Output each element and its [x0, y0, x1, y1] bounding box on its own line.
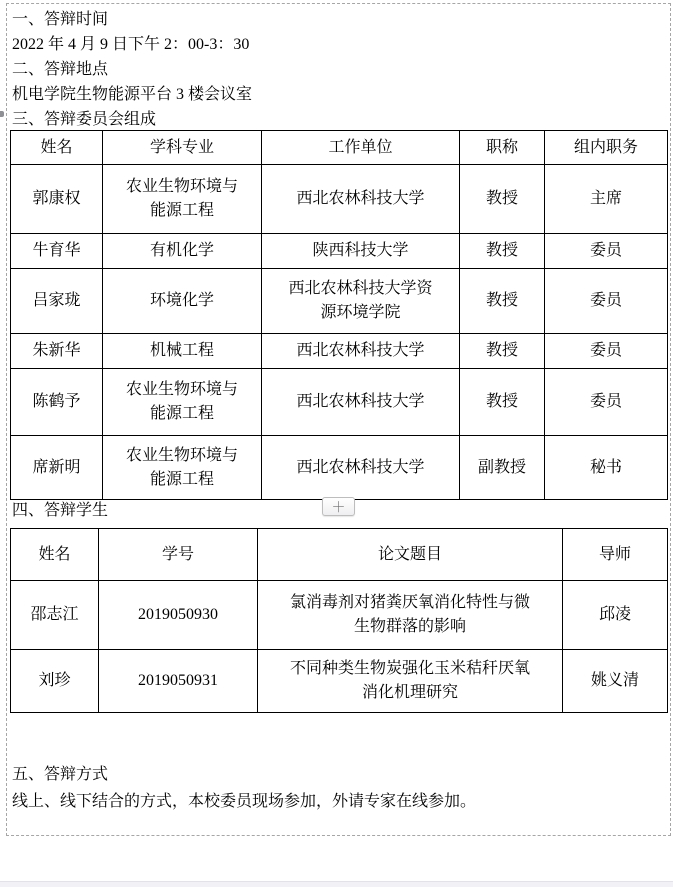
page-gap-bar [0, 881, 673, 887]
students-header-row: 姓名 学号 论文题目 导师 [11, 529, 668, 581]
left-margin-marker [0, 111, 4, 117]
cell-role: 委员 [545, 269, 668, 334]
cell-name: 席新明 [11, 436, 103, 500]
students-table: 姓名 学号 论文题目 导师 邵志江 2019050930 氯消毒剂对猪粪厌氧消化… [10, 528, 668, 713]
cell-title: 教授 [460, 165, 545, 234]
table-row: 吕家珑 环境化学 西北农林科技大学资 源环境学院 教授 委员 [11, 269, 668, 334]
cell-major: 有机化学 [103, 234, 262, 269]
cell-role: 委员 [545, 234, 668, 269]
cell-workunit: 西北农林科技大学 [262, 369, 460, 436]
committee-header-title: 职称 [460, 131, 545, 165]
cell-workunit: 陕西科技大学 [262, 234, 460, 269]
committee-header-name: 姓名 [11, 131, 103, 165]
cell-advisor: 邱凌 [563, 581, 668, 650]
cell-title: 副教授 [460, 436, 545, 500]
cell-student-id: 2019050930 [99, 581, 258, 650]
heading-students: 四、答辩学生 [12, 499, 108, 523]
cell-workunit: 西北农林科技大学 [262, 165, 460, 234]
cell-major: 环境化学 [103, 269, 262, 334]
table-row: 刘珍 2019050931 不同种类生物炭强化玉米秸秆厌氧 消化机理研究 姚义清 [11, 650, 668, 713]
insert-row-button[interactable]: ＋ [322, 497, 355, 516]
table-row: 邵志江 2019050930 氯消毒剂对猪粪厌氧消化特性与微 生物群落的影响 邱… [11, 581, 668, 650]
committee-header-major: 学科专业 [103, 131, 262, 165]
cell-major: 机械工程 [103, 334, 262, 369]
cell-role: 委员 [545, 369, 668, 436]
cell-major: 农业生物环境与 能源工程 [103, 369, 262, 436]
cell-advisor: 姚义清 [563, 650, 668, 713]
students-header-id: 学号 [99, 529, 258, 581]
heading-committee: 三、答辩委员会组成 [12, 107, 252, 132]
heading-method: 五、答辩方式 [12, 761, 476, 788]
cell-name: 吕家珑 [11, 269, 103, 334]
students-header-name: 姓名 [11, 529, 99, 581]
cell-major: 农业生物环境与 能源工程 [103, 165, 262, 234]
text-method-value: 线上、线下结合的方式，本校委员现场参加，外请专家在线参加。 [12, 788, 476, 815]
cell-student-id: 2019050931 [99, 650, 258, 713]
students-header-advisor: 导师 [563, 529, 668, 581]
cell-role: 主席 [545, 165, 668, 234]
committee-header-role: 组内职务 [545, 131, 668, 165]
committee-header-row: 姓名 学科专业 工作单位 职称 组内职务 [11, 131, 668, 165]
text-defense-time-value: 2022 年 4 月 9 日下午 2：00-3：30 [12, 32, 252, 57]
document-page: 一、答辩时间 2022 年 4 月 9 日下午 2：00-3：30 二、答辩地点… [0, 0, 673, 887]
text-defense-location-value: 机电学院生物能源平台 3 楼会议室 [12, 82, 252, 107]
cell-major: 农业生物环境与 能源工程 [103, 436, 262, 500]
cell-workunit: 西北农林科技大学 [262, 436, 460, 500]
table-row: 牛育华 有机化学 陕西科技大学 教授 委员 [11, 234, 668, 269]
cell-title: 教授 [460, 234, 545, 269]
students-header-thesis: 论文题目 [258, 529, 563, 581]
heading-defense-location: 二、答辩地点 [12, 57, 252, 82]
cell-workunit: 西北农林科技大学 [262, 334, 460, 369]
table-row: 朱新华 机械工程 西北农林科技大学 教授 委员 [11, 334, 668, 369]
cell-title: 教授 [460, 369, 545, 436]
cell-role: 秘书 [545, 436, 668, 500]
cell-name: 陈鹤予 [11, 369, 103, 436]
table-row: 席新明 农业生物环境与 能源工程 西北农林科技大学 副教授 秘书 [11, 436, 668, 500]
table-row: 郭康权 农业生物环境与 能源工程 西北农林科技大学 教授 主席 [11, 165, 668, 234]
heading-defense-time: 一、答辩时间 [12, 7, 252, 32]
cell-student-name: 刘珍 [11, 650, 99, 713]
cell-role: 委员 [545, 334, 668, 369]
cell-name: 朱新华 [11, 334, 103, 369]
cell-student-name: 邵志江 [11, 581, 99, 650]
cell-name: 郭康权 [11, 165, 103, 234]
table-row: 陈鹤予 农业生物环境与 能源工程 西北农林科技大学 教授 委员 [11, 369, 668, 436]
committee-table: 姓名 学科专业 工作单位 职称 组内职务 郭康权 农业生物环境与 能源工程 西北… [10, 130, 668, 500]
intro-block: 一、答辩时间 2022 年 4 月 9 日下午 2：00-3：30 二、答辩地点… [12, 7, 252, 132]
committee-header-workunit: 工作单位 [262, 131, 460, 165]
method-block: 五、答辩方式 线上、线下结合的方式，本校委员现场参加，外请专家在线参加。 [12, 761, 476, 815]
plus-icon: ＋ [332, 499, 346, 515]
cell-workunit: 西北农林科技大学资 源环境学院 [262, 269, 460, 334]
cell-title: 教授 [460, 269, 545, 334]
cell-title: 教授 [460, 334, 545, 369]
cell-thesis-title: 氯消毒剂对猪粪厌氧消化特性与微 生物群落的影响 [258, 581, 563, 650]
cell-name: 牛育华 [11, 234, 103, 269]
cell-thesis-title: 不同种类生物炭强化玉米秸秆厌氧 消化机理研究 [258, 650, 563, 713]
